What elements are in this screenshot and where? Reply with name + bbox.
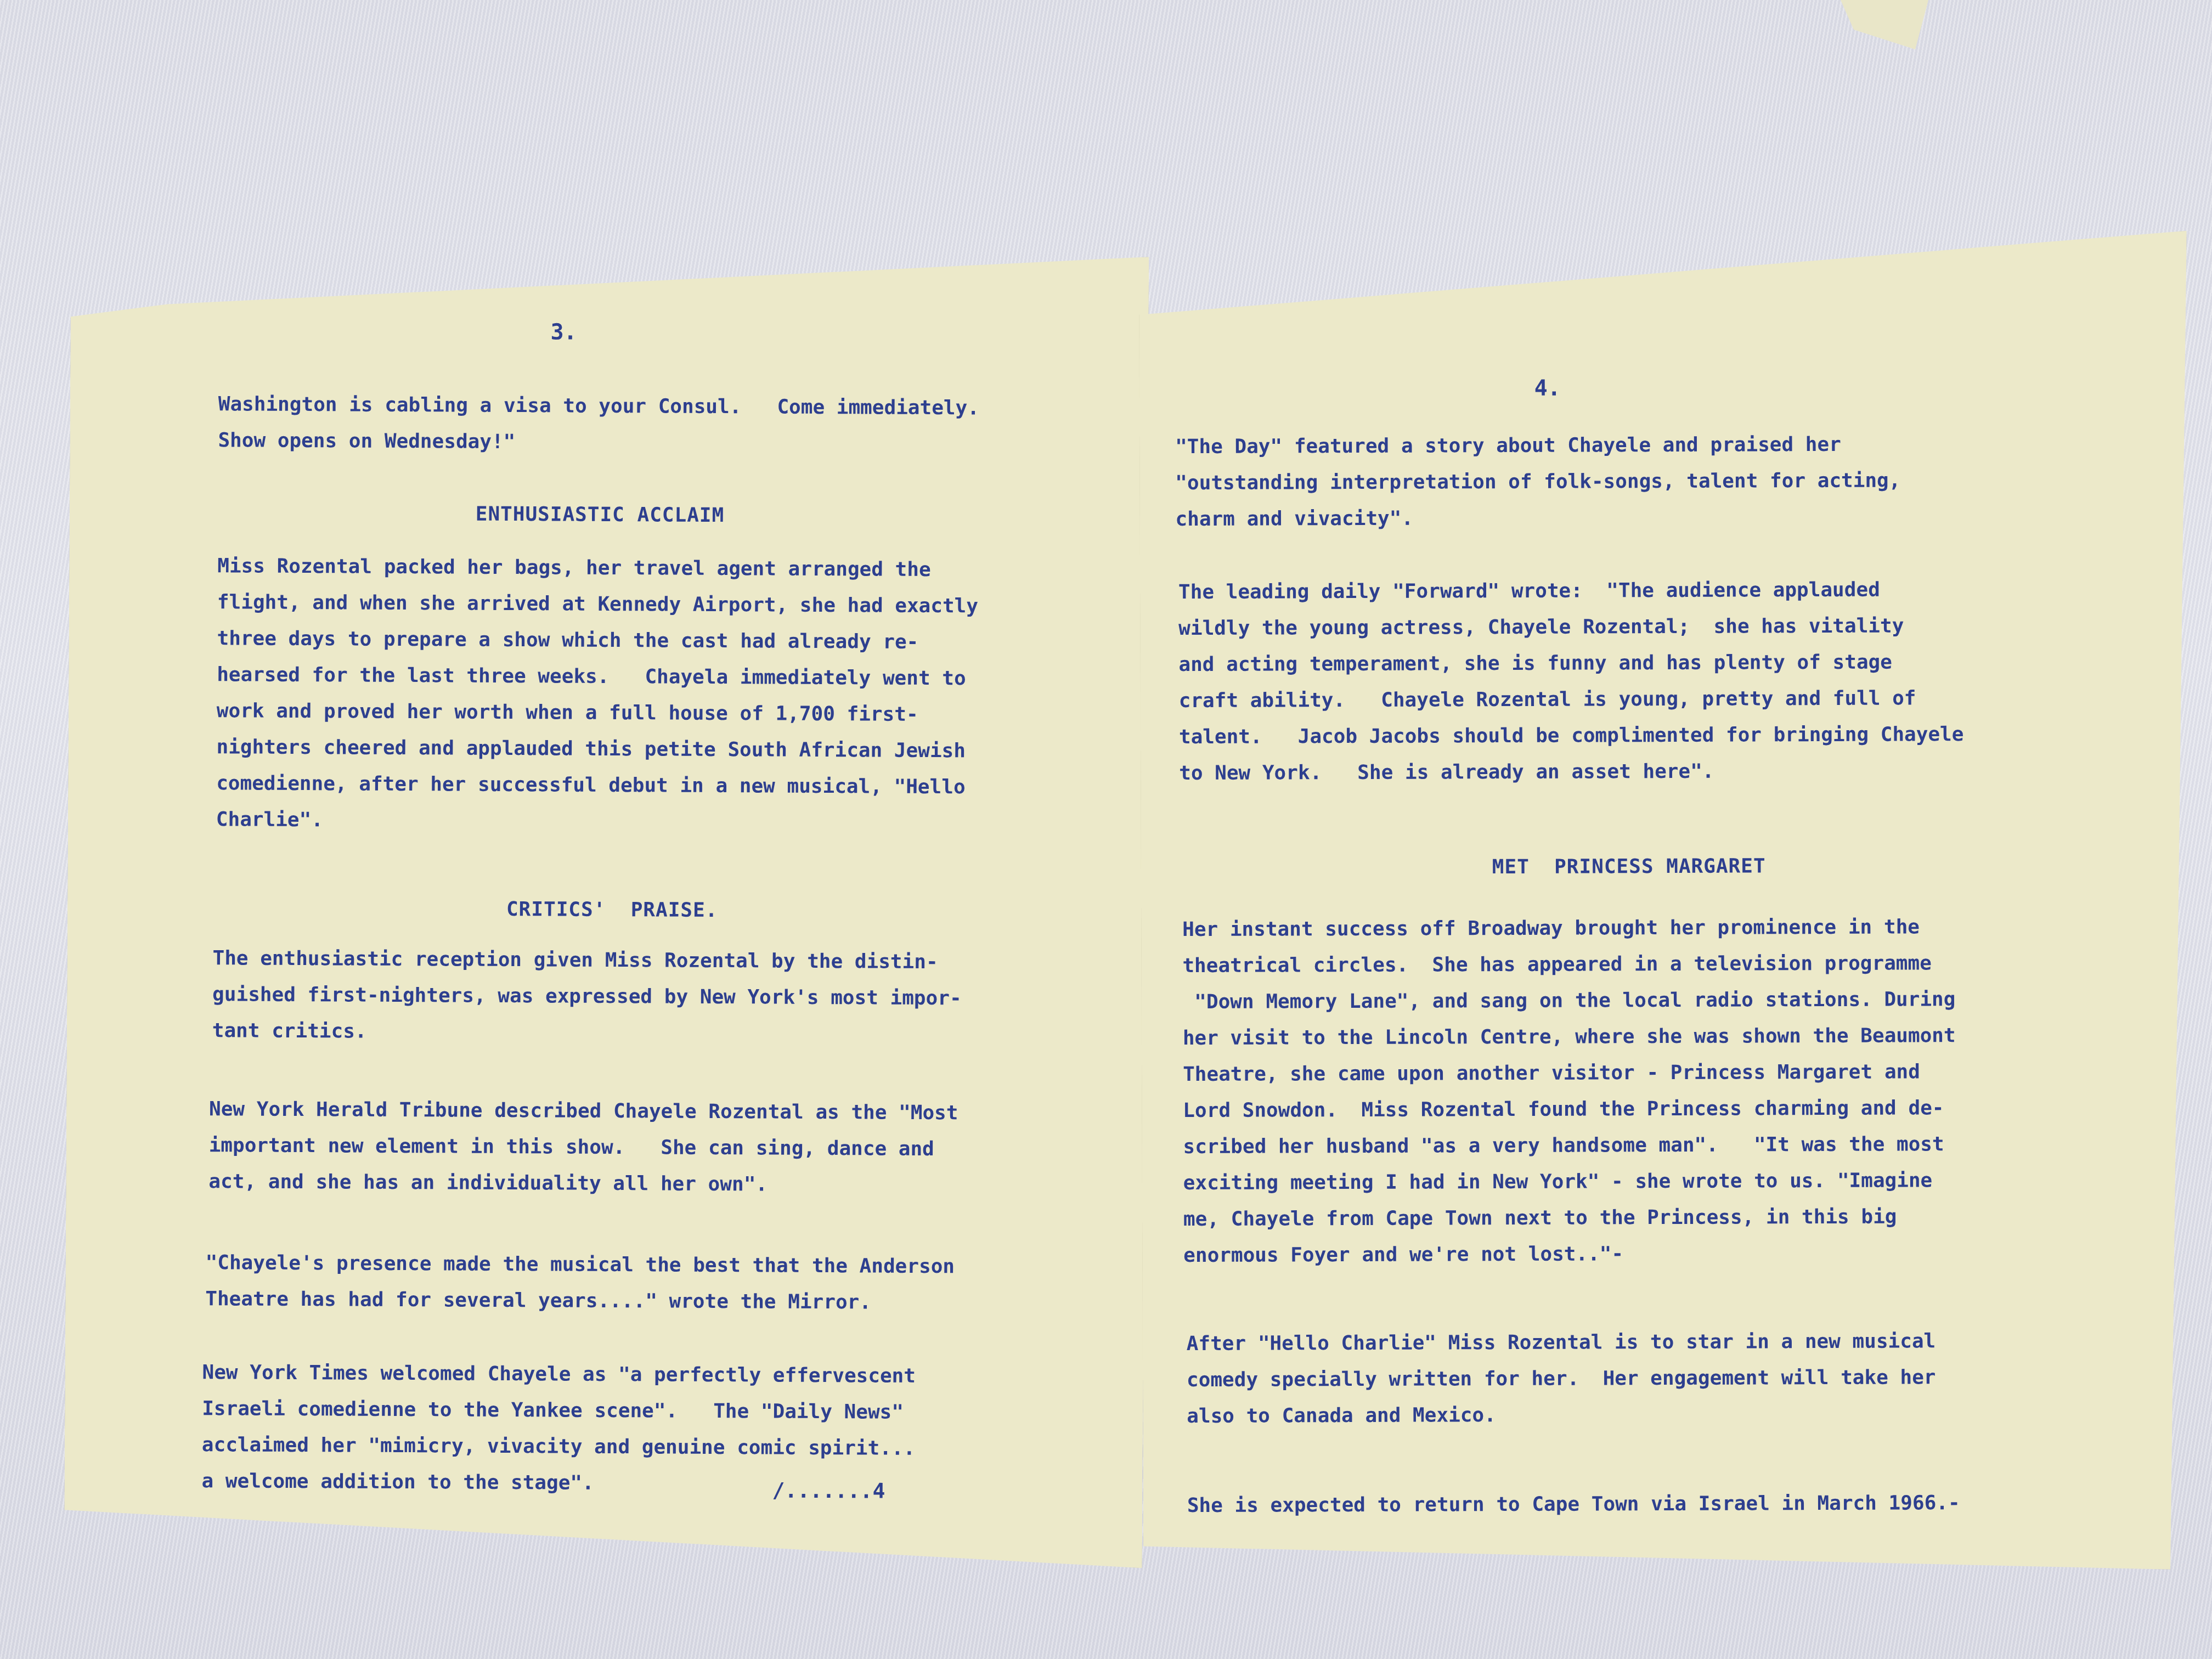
paragraph-forward: The leading daily "Forward" wrote: "The … [1178, 572, 1964, 792]
paragraph-princess-margaret: Her instant success off Broadway brought… [1182, 909, 1956, 1274]
page-number: 4. [1534, 376, 1561, 401]
paragraph-acclaim: Miss Rozental packed her bags, her trave… [216, 548, 979, 842]
section-heading-met-princess-margaret: MET PRINCESS MARGARET [1492, 855, 1766, 878]
document-page-3: 3. Washington is cabling a visa to your … [64, 251, 1149, 1568]
page-number: 3. [550, 319, 577, 345]
paragraph-new-musical: After "Hello Charlie" Miss Rozental is t… [1187, 1323, 1936, 1435]
paragraph-the-day: "The Day" featured a story about Chayele… [1175, 426, 1901, 538]
paragraph-herald-tribune: New York Herald Tribune described Chayel… [208, 1091, 958, 1204]
section-heading-critics-praise: CRITICS' PRAISE. [506, 898, 718, 922]
paragraph-reception: The enthusiastic reception given Miss Ro… [212, 940, 962, 1053]
paragraph-mirror: "Chayele's presence made the musical the… [205, 1245, 955, 1321]
paragraph-return: She is expected to return to Cape Town v… [1187, 1485, 1960, 1524]
section-heading-enthusiastic-acclaim: ENTHUSIASTIC ACCLAIM [476, 503, 725, 527]
document-page-4: 4. "The Day" featured a story about Chay… [1139, 231, 2192, 1573]
continued-marker: /.......4 [772, 1479, 885, 1503]
paragraph-intro: Washington is cabling a visa to your Con… [218, 386, 979, 462]
